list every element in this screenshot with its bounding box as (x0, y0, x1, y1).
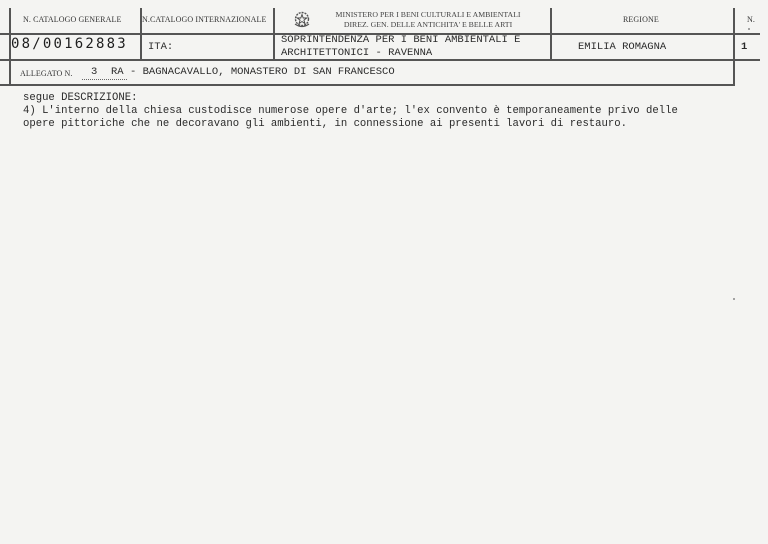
paper-speck (733, 298, 735, 300)
catalogo-generale-label: N. CATALOGO GENERALE (23, 15, 121, 24)
ministry-line-1: MINISTERO PER I BENI CULTURALI E AMBIENT… (318, 10, 538, 20)
n-value: 1 (741, 41, 747, 53)
regione-label: REGIONE (623, 15, 659, 24)
col-divider-4 (733, 8, 735, 85)
soprintendenza-line-1: SOPRINTENDENZA PER I BENI AMBIENTALI E (281, 34, 520, 46)
allegato-location: - BAGNACAVALLO, MONASTERO DI SAN FRANCES… (130, 66, 395, 78)
catalogo-internazionale-value: ITA: (148, 41, 173, 53)
description-line-1: 4) L'interno della chiesa custodisce num… (23, 105, 678, 118)
soprintendenza-line-2: ARCHITETTONICI - RAVENNA (281, 47, 432, 59)
ministry-line-2: DIREZ. GEN. DELLE ANTICHITA' E BELLE ART… (318, 20, 538, 30)
col-divider-3 (550, 8, 552, 60)
description-heading: segue DESCRIZIONE: (23, 92, 137, 105)
catalogo-generale-value: 08/00162883 (11, 36, 128, 52)
catalogo-internazionale-label: N.CATALOGO INTERNAZIONALE (142, 15, 267, 24)
italian-republic-emblem-icon (292, 10, 312, 28)
allegato-label: ALLEGATO N. (20, 69, 73, 78)
allegato-number: 3 (91, 66, 97, 78)
regione-value: EMILIA ROMAGNA (578, 41, 666, 53)
col-divider-2 (273, 8, 275, 60)
speck (748, 28, 750, 30)
allegato-province: RA (111, 66, 124, 78)
values-divider (0, 59, 760, 61)
allegato-divider (0, 84, 735, 86)
description-line-2: opere pittoriche che ne decoravano gli a… (23, 118, 627, 131)
n-label: N. (747, 15, 755, 24)
allegato-number-underline (82, 79, 127, 80)
